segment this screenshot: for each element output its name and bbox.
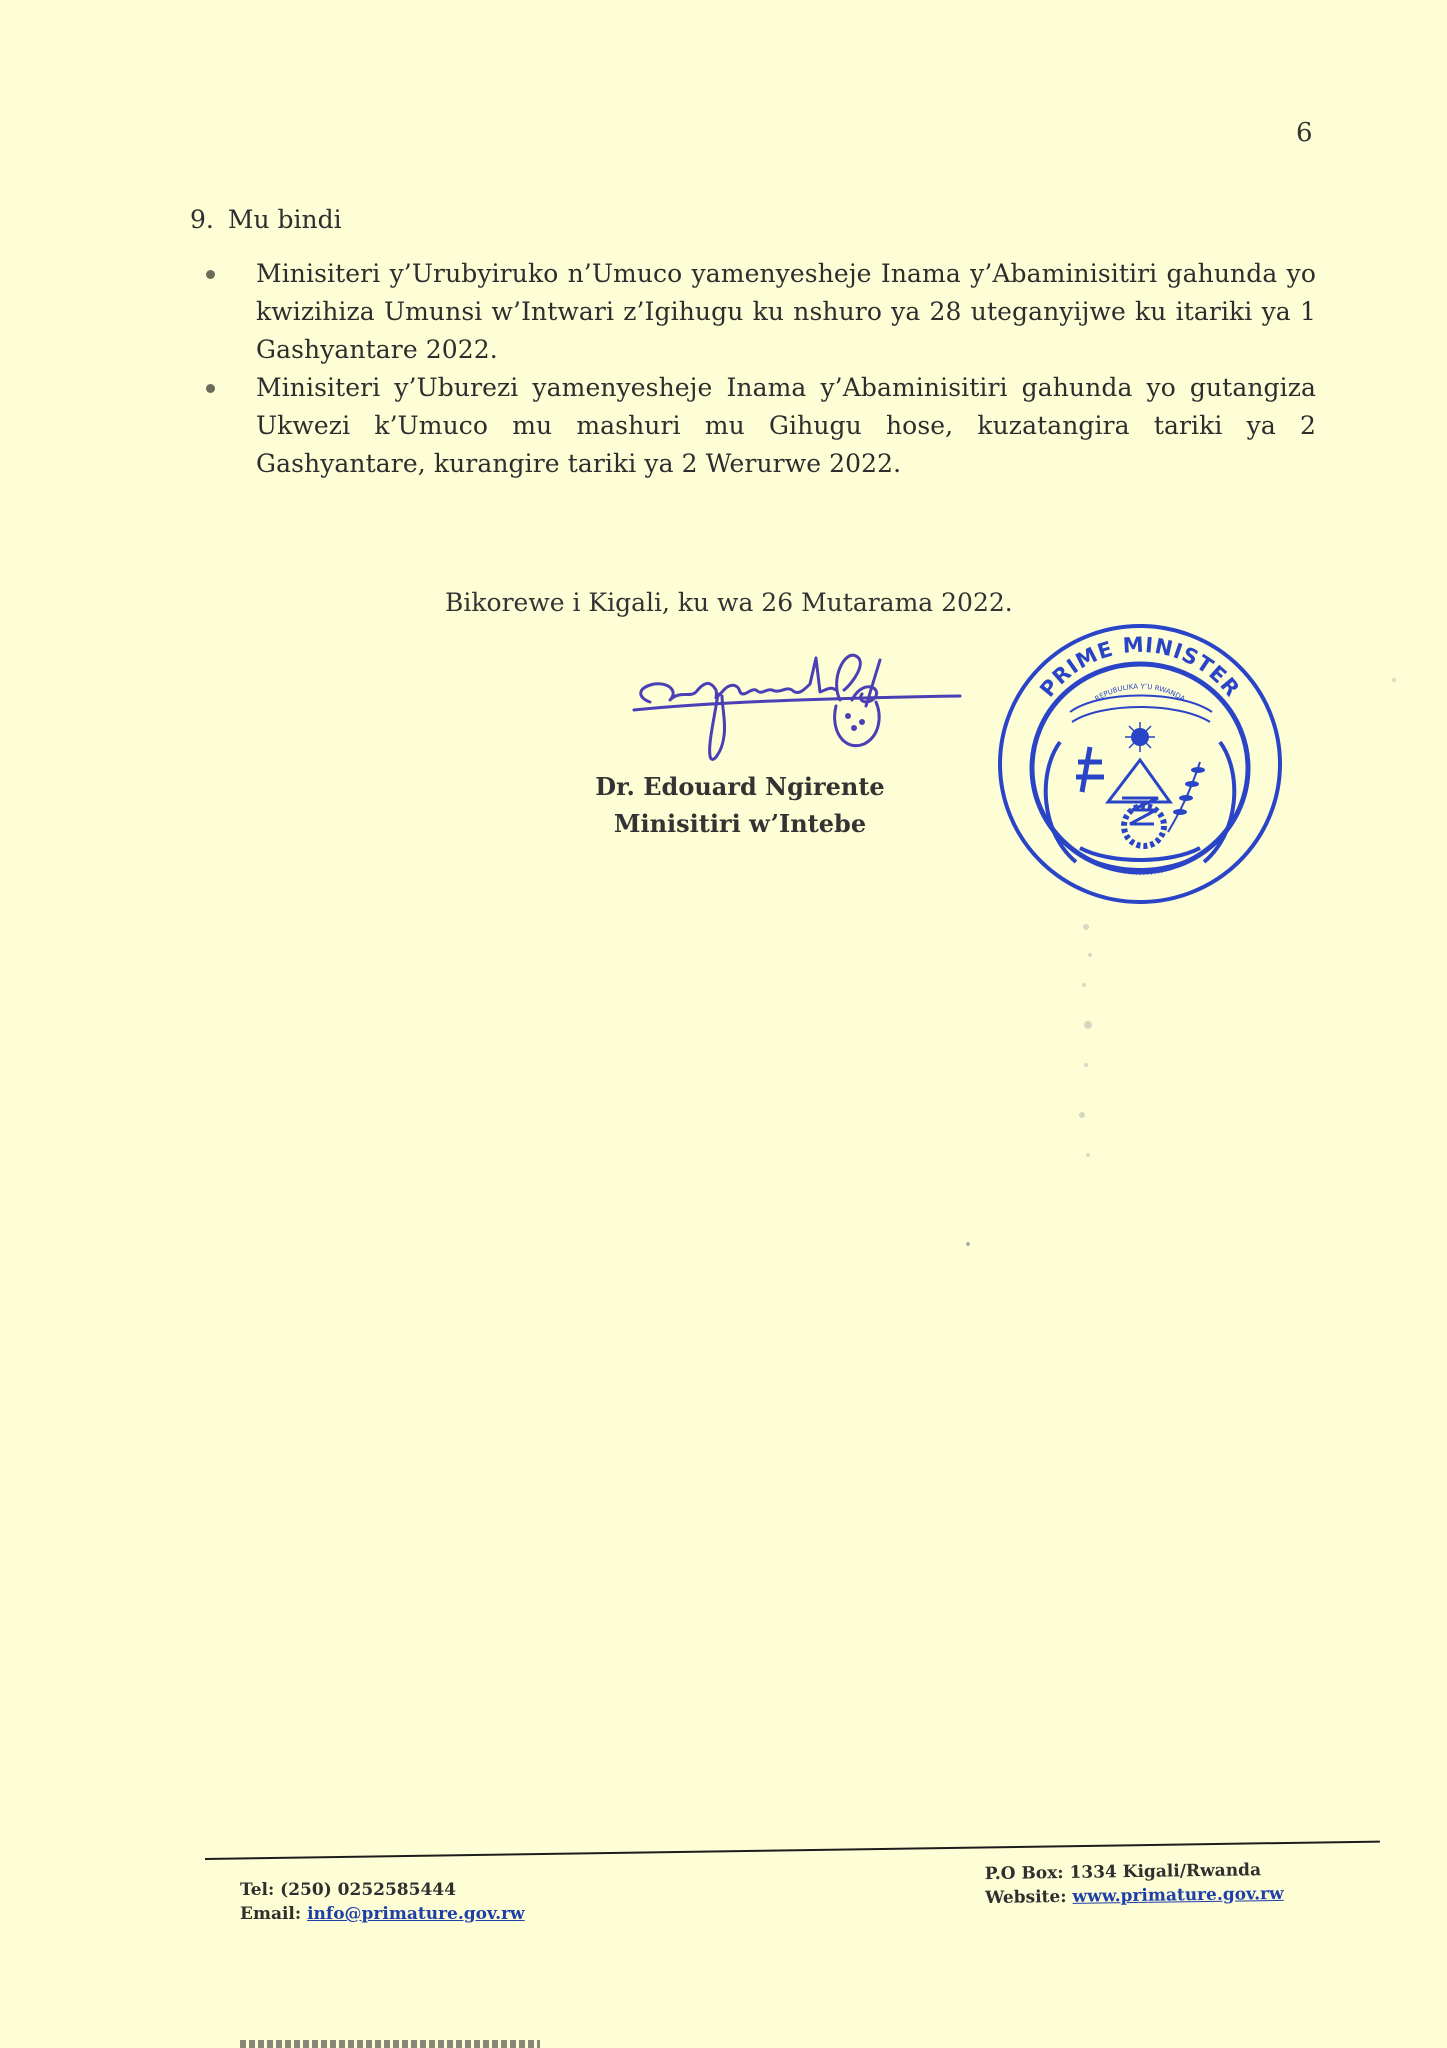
bullet-text: Minisiteri y’Uburezi yamenyesheje Inama …: [256, 373, 1316, 478]
scan-speck: [966, 1242, 970, 1246]
list-item: Minisiteri y’Urubyiruko n’Umuco yamenyes…: [256, 255, 1316, 369]
signatory-name: Dr. Edouard Ngirente: [590, 768, 890, 805]
next-page-bleed: [240, 2040, 540, 2048]
scan-speck: [1392, 678, 1396, 682]
footer-contact-left: Tel: (250) 0252585444 Email: info@primat…: [240, 1878, 525, 1926]
bullet-list: Minisiteri y’Urubyiruko n’Umuco yamenyes…: [256, 255, 1316, 483]
svg-text:REPUBULIKA Y’U RWANDA: REPUBULIKA Y’U RWANDA: [1094, 683, 1187, 704]
section-title: Mu bindi: [228, 205, 342, 234]
signatory-title: Minisitiri w’Intebe: [590, 805, 890, 842]
footer-divider: [205, 1841, 1380, 1860]
signature-icon: [630, 640, 980, 770]
section-heading: 9.Mu bindi: [190, 205, 342, 234]
place-and-date: Bikorewe i Kigali, ku wa 26 Mutarama 202…: [445, 588, 1013, 617]
official-seal-icon: PRIME MINISTER REPUBULIKA Y’U RWANDA: [990, 612, 1290, 912]
page-number: 6: [1296, 118, 1313, 148]
list-item: Minisiteri y’Uburezi yamenyesheje Inama …: [256, 369, 1316, 483]
website-link[interactable]: www.primature.gov.rw: [1072, 1884, 1283, 1907]
footer-email: Email: info@primature.gov.rw: [240, 1902, 525, 1926]
email-link[interactable]: info@primature.gov.rw: [307, 1904, 525, 1924]
bullet-icon: [206, 270, 215, 279]
section-number: 9.: [190, 205, 214, 234]
signatory-block: Dr. Edouard Ngirente Minisitiri w’Intebe: [590, 768, 890, 842]
bullet-icon: [206, 384, 215, 393]
stamp-offset-mark: [1068, 915, 1108, 1195]
stamp-ribbon-text: REPUBULIKA Y’U RWANDA: [1094, 683, 1187, 704]
footer-tel: Tel: (250) 0252585444: [240, 1878, 525, 1902]
footer-contact-right: P.O Box: 1334 Kigali/Rwanda Website: www…: [985, 1858, 1284, 1910]
footer-website: Website: www.primature.gov.rw: [985, 1882, 1284, 1910]
bullet-text: Minisiteri y’Urubyiruko n’Umuco yamenyes…: [256, 259, 1316, 364]
